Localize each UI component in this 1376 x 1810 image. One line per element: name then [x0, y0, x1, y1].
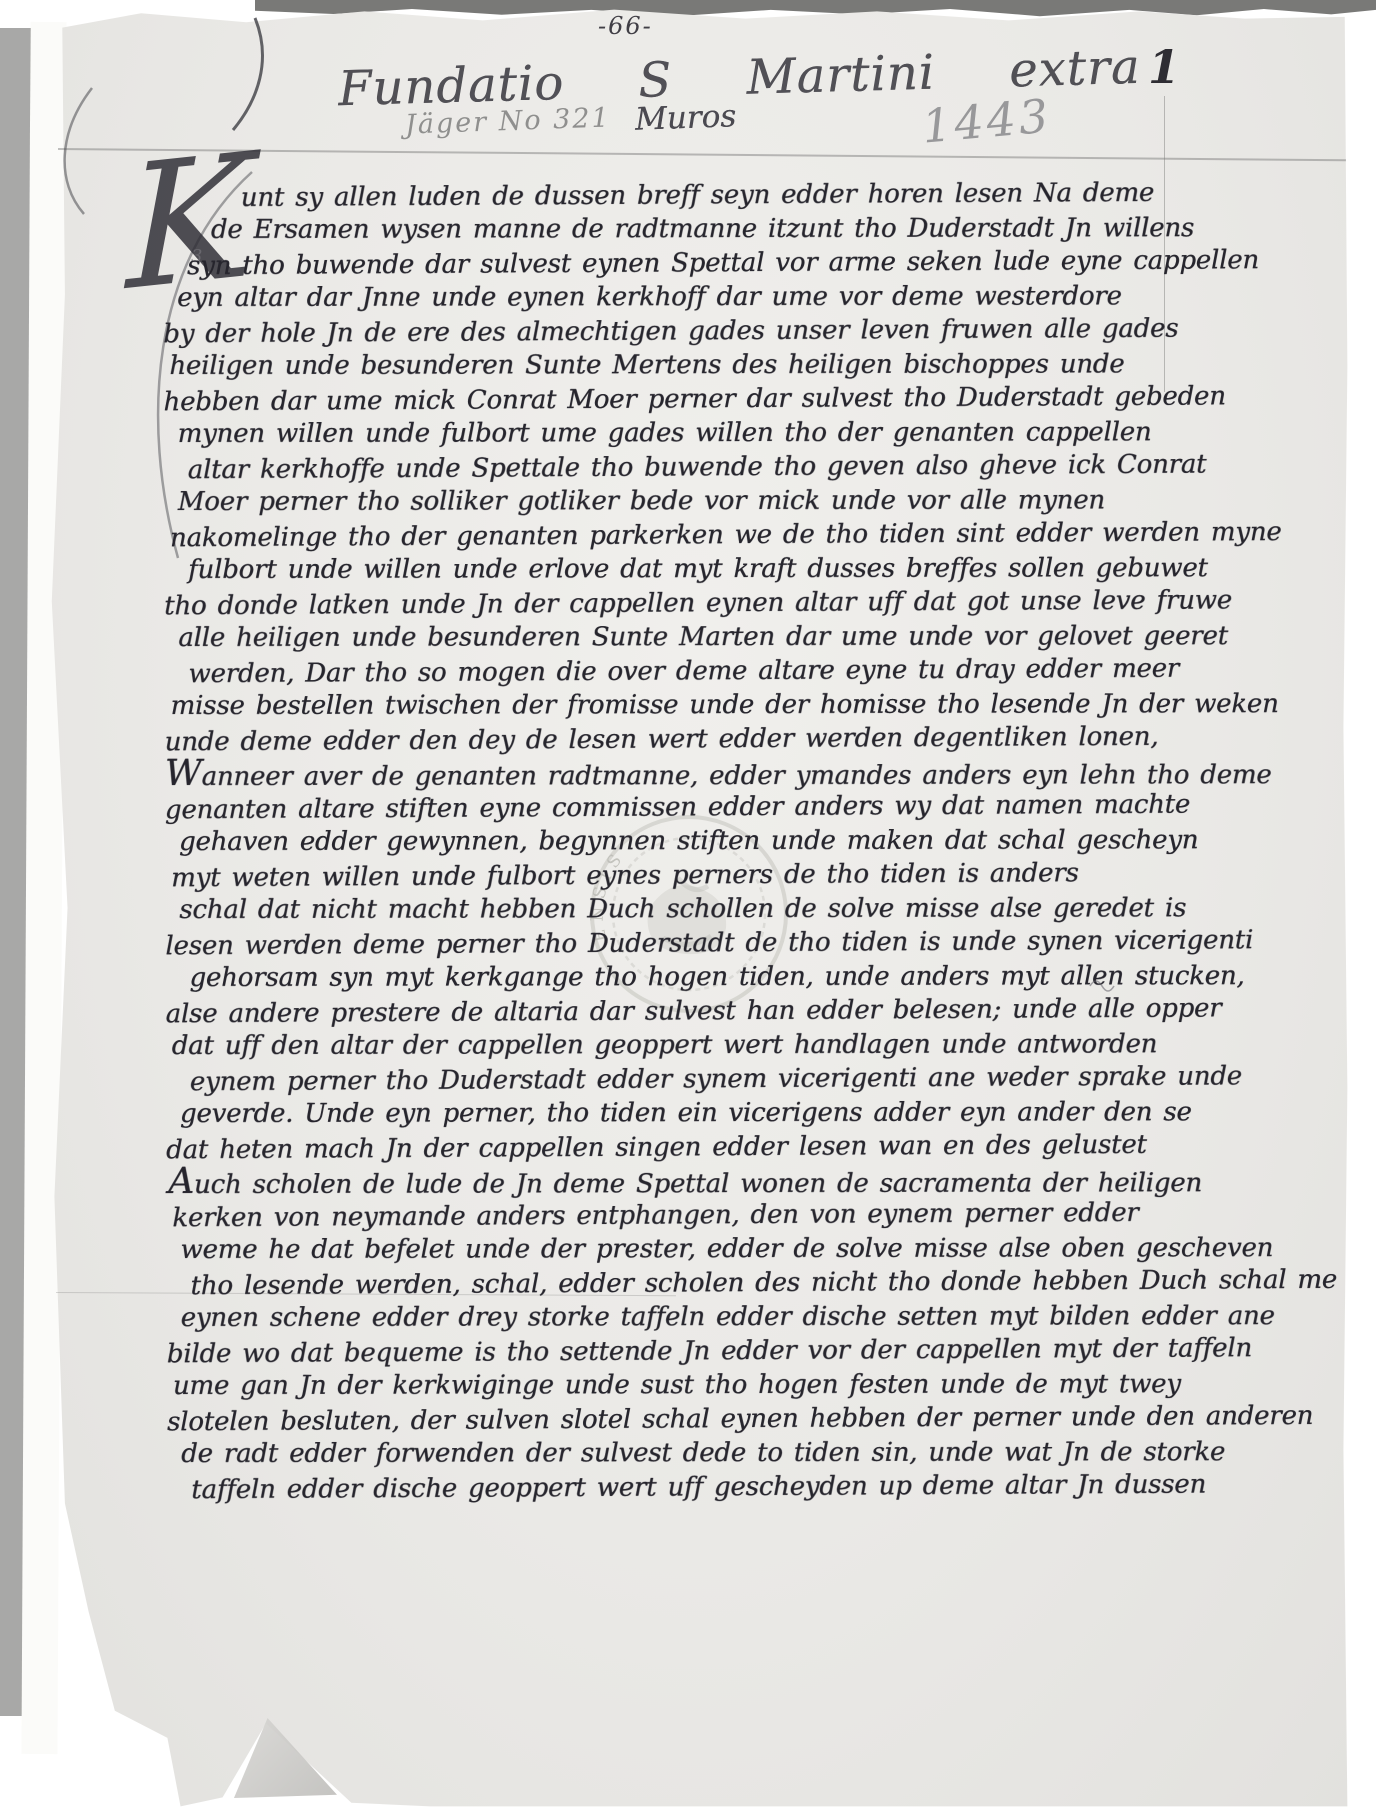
manuscript-line: genanten altare stiften eyne commissen e…	[165, 787, 1336, 828]
manuscript-line: myt weten willen unde fulbort eynes pern…	[171, 855, 1336, 896]
archive-page-number: -66-	[598, 12, 653, 40]
manuscript-line: nakomelinge tho der genanten parkerken w…	[170, 515, 1335, 556]
manuscript-line: eynem perner tho Duderstadt edder synem …	[190, 1059, 1337, 1099]
manuscript-line: bilde wo dat bequeme is tho settende Jn …	[167, 1331, 1338, 1372]
manuscript-line: heiligen unde besunderen Sunte Mertens d…	[169, 347, 1333, 383]
manuscript-line: hebben dar ume mick Conrat Moer perner d…	[163, 379, 1334, 420]
manuscript-line: altar kerkhoffe unde Spettale tho buwend…	[188, 447, 1335, 487]
manuscript-line: alle heiligen unde besunderen Sunte Mart…	[178, 619, 1334, 655]
manuscript-line: syn tho buwende dar sulvest eynen Spetta…	[187, 243, 1334, 283]
manuscript-line: werden, Dar tho so mogen die over deme a…	[188, 651, 1335, 691]
manuscript-line: by der hole Jn de ere des almechtigen ga…	[163, 311, 1334, 352]
manuscript-text-block: unt sy allen luden de dussen breff seyn …	[163, 176, 1338, 1506]
manuscript-line: schal dat nicht macht hebben Duch scholl…	[179, 891, 1335, 927]
manuscript-line: ume gan Jn der kerkwiginge unde sust tho…	[173, 1367, 1337, 1403]
manuscript-line: unt sy allen luden de dussen breff seyn …	[241, 175, 1334, 215]
manuscript-line: de Ersamen wysen manne de radtmanne itzu…	[211, 211, 1333, 247]
manuscript-line: Wanneer aver de genanten radtmanne, edde…	[165, 755, 1335, 791]
manuscript-line: weme he dat befelet unde der prester, ed…	[180, 1231, 1336, 1267]
manuscript-line: alse andere prestere de altaria dar sulv…	[166, 991, 1337, 1032]
manuscript-line: tho lesende werden, schal, edder scholen…	[190, 1263, 1337, 1303]
manuscript-line: mynen willen unde fulbort ume gades will…	[178, 415, 1334, 451]
manuscript-line: kerken von neymande anders entphangen, d…	[172, 1195, 1337, 1236]
manuscript-line: eynen schene edder drey storke taffeln e…	[181, 1299, 1337, 1335]
manuscript-line: de radt edder forwenden der sulvest dede…	[181, 1435, 1337, 1471]
manuscript-line: misse bestellen twischen der fromisse un…	[170, 687, 1334, 723]
manuscript-line: slotelen besluten, der sulven slotel sch…	[167, 1399, 1338, 1440]
manuscript-line: gehaven edder gewynnen, begynnen stiften…	[179, 823, 1335, 859]
manuscript-line: geverde. Unde eyn perner, tho tiden ein …	[180, 1095, 1336, 1131]
manuscript-line: eyn altar dar Jnne unde eynen kerkhoff d…	[177, 279, 1333, 315]
manuscript-line: tho donde latken unde Jn der cappellen e…	[164, 583, 1335, 624]
title-continuation: Muros	[634, 98, 736, 138]
scanned-document: -66- Fundatio S Martini extra Jäger No 3…	[0, 0, 1376, 1810]
folio-number: 1	[1148, 40, 1180, 94]
manuscript-line: lesen werden deme perner tho Duderstadt …	[165, 923, 1336, 964]
manuscript-line: unde deme edder den dey de lesen wert ed…	[165, 719, 1336, 760]
manuscript-line: Auch scholen de lude de Jn deme Spettal …	[168, 1163, 1336, 1199]
manuscript-line: taffeln edder dische geoppert wert uff g…	[191, 1467, 1338, 1507]
manuscript-line: Moer perner tho solliker gotliker bede v…	[178, 483, 1334, 519]
manuscript-line: dat heten mach Jn der cappellen singen e…	[166, 1127, 1337, 1168]
manuscript-line: fulbort unde willen unde erlove dat myt …	[188, 551, 1334, 587]
year-annotation-pencil: 1443	[920, 88, 1053, 153]
right-margin-mark	[1088, 976, 1118, 994]
manuscript-line: gehorsam syn myt kerkgange tho hogen tid…	[189, 959, 1335, 995]
manuscript-line: dat uff den altar der cappellen geoppert…	[172, 1027, 1336, 1063]
